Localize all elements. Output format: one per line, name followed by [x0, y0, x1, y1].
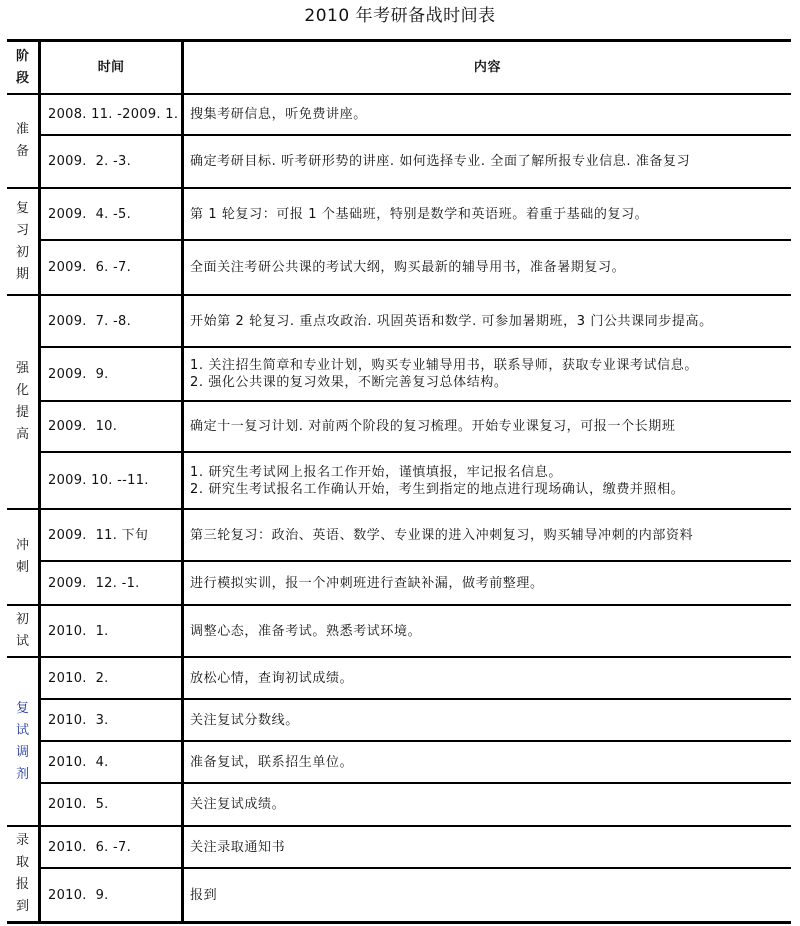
table-header-row: 阶段 时间 内容 [7, 42, 791, 95]
content-lines: 报到 [190, 887, 217, 904]
content-line: 确定十一复习计划. 对前两个阶段的复习梳理。开始专业课复习，可报一个长期班 [190, 418, 675, 435]
content-line: 第三轮复习：政治、英语、数学、专业课的进入冲刺复习，购买辅导冲刺的内部资料 [190, 527, 693, 544]
time-cell: 2010. 1. [41, 606, 184, 656]
stage-group: 复习初期2009. 4. -5.第 1 轮复习：可报 1 个基础班，特别是数学和… [7, 189, 791, 296]
column-header-time: 时间 [41, 42, 184, 93]
content-lines: 开始第 2 轮复习. 重点攻政治. 巩固英语和数学. 可参加暑期班，3 门公共课… [190, 313, 713, 330]
content-cell: 进行模拟实训，报一个冲刺班进行查缺补漏，做考前整理。 [184, 562, 791, 604]
stage-rows: 2008. 11. -2009. 1.搜集考研信息，听免费讲座。2009. 2.… [41, 95, 791, 187]
content-line: 进行模拟实训，报一个冲刺班进行查缺补漏，做考前整理。 [190, 575, 544, 592]
table-row: 2010. 9.报到 [41, 869, 791, 921]
content-lines: 1. 关注招生简章和专业计划，购买专业辅导用书，联系导师，获取专业课考试信息。2… [190, 357, 698, 391]
content-lines: 关注录取通知书 [190, 839, 285, 856]
stage-group: 冲刺2009. 11. 下旬第三轮复习：政治、英语、数学、专业课的进入冲刺复习，… [7, 510, 791, 606]
time-cell: 2010. 5. [41, 784, 184, 825]
content-lines: 确定十一复习计划. 对前两个阶段的复习梳理。开始专业课复习，可报一个长期班 [190, 418, 675, 435]
content-cell: 全面关注考研公共课的考试大纲，购买最新的辅导用书，准备暑期复习。 [184, 241, 791, 294]
content-line: 全面关注考研公共课的考试大纲，购买最新的辅导用书，准备暑期复习。 [190, 259, 625, 276]
column-header-stage-label: 阶段 [16, 46, 30, 90]
content-cell: 调整心态，准备考试。熟悉考试环境。 [184, 606, 791, 656]
stage-label: 初试 [16, 609, 30, 653]
content-cell: 1. 研究生考试网上报名工作开始，谨慎填报，牢记报名信息。2. 研究生考试报名工… [184, 453, 791, 508]
stage-group: 强化提高2009. 7. -8.开始第 2 轮复习. 重点攻政治. 巩固英语和数… [7, 296, 791, 510]
stage-cell: 冲刺 [7, 510, 41, 604]
content-lines: 确定考研目标. 听考研形势的讲座. 如何选择专业. 全面了解所报专业信息. 准备… [190, 153, 690, 170]
content-line: 关注复试成绩。 [190, 796, 285, 813]
content-cell: 关注录取通知书 [184, 827, 791, 867]
time-cell: 2010. 2. [41, 658, 184, 698]
time-cell: 2008. 11. -2009. 1. [41, 95, 184, 134]
content-lines: 搜集考研信息，听免费讲座。 [190, 106, 367, 123]
stage-rows: 2010. 2.放松心情，查询初试成绩。2010. 3.关注复试分数线。2010… [41, 658, 791, 825]
table-row: 2009. 10. --11.1. 研究生考试网上报名工作开始，谨慎填报，牢记报… [41, 453, 791, 508]
time-cell: 2009. 10. [41, 402, 184, 451]
schedule-table: 阶段 时间 内容 准备2008. 11. -2009. 1.搜集考研信息，听免费… [7, 39, 791, 924]
stage-label: 冲刺 [16, 535, 30, 579]
stage-rows: 2009. 7. -8.开始第 2 轮复习. 重点攻政治. 巩固英语和数学. 可… [41, 296, 791, 508]
table-row: 2010. 1.调整心态，准备考试。熟悉考试环境。 [41, 606, 791, 656]
stage-cell: 录取报到 [7, 827, 41, 921]
table-row: 2010. 2.放松心情，查询初试成绩。 [41, 658, 791, 700]
table-body: 准备2008. 11. -2009. 1.搜集考研信息，听免费讲座。2009. … [7, 95, 791, 924]
time-cell: 2009. 9. [41, 348, 184, 400]
content-cell: 搜集考研信息，听免费讲座。 [184, 95, 791, 134]
stage-group: 复试调剂2010. 2.放松心情，查询初试成绩。2010. 3.关注复试分数线。… [7, 658, 791, 827]
content-line: 第 1 轮复习：可报 1 个基础班，特别是数学和英语班。着重于基础的复习。 [190, 206, 648, 223]
stage-label: 强化提高 [16, 358, 30, 446]
column-header-content: 内容 [184, 42, 791, 93]
content-lines: 关注复试成绩。 [190, 796, 285, 813]
stage-cell: 强化提高 [7, 296, 41, 508]
time-cell: 2009. 12. -1. [41, 562, 184, 604]
content-line: 确定考研目标. 听考研形势的讲座. 如何选择专业. 全面了解所报专业信息. 准备… [190, 153, 690, 170]
time-cell: 2009. 10. --11. [41, 453, 184, 508]
time-cell: 2010. 4. [41, 742, 184, 782]
content-line: 报到 [190, 887, 217, 904]
content-lines: 第 1 轮复习：可报 1 个基础班，特别是数学和英语班。着重于基础的复习。 [190, 206, 648, 223]
table-row: 2010. 5.关注复试成绩。 [41, 784, 791, 825]
time-cell: 2009. 4. -5. [41, 189, 184, 239]
stage-cell: 准备 [7, 95, 41, 187]
content-line: 2. 强化公共课的复习效果，不断完善复习总体结构。 [190, 374, 698, 391]
stage-label: 复习初期 [16, 198, 30, 286]
content-cell: 报到 [184, 869, 791, 921]
table-row: 2009. 7. -8.开始第 2 轮复习. 重点攻政治. 巩固英语和数学. 可… [41, 296, 791, 348]
content-cell: 确定考研目标. 听考研形势的讲座. 如何选择专业. 全面了解所报专业信息. 准备… [184, 136, 791, 187]
table-row: 2010. 4.准备复试，联系招生单位。 [41, 742, 791, 784]
content-cell: 1. 关注招生简章和专业计划，购买专业辅导用书，联系导师，获取专业课考试信息。2… [184, 348, 791, 400]
stage-label: 准备 [16, 119, 30, 163]
content-lines: 准备复试，联系招生单位。 [190, 754, 353, 771]
time-cell: 2010. 9. [41, 869, 184, 921]
stage-label: 复试调剂 [16, 698, 30, 786]
content-cell: 关注复试分数线。 [184, 700, 791, 740]
column-header-stage: 阶段 [7, 42, 41, 93]
time-cell: 2010. 3. [41, 700, 184, 740]
stage-group: 准备2008. 11. -2009. 1.搜集考研信息，听免费讲座。2009. … [7, 95, 791, 189]
content-line: 2. 研究生考试报名工作确认开始，考生到指定的地点进行现场确认，缴费并照相。 [190, 481, 684, 498]
content-cell: 开始第 2 轮复习. 重点攻政治. 巩固英语和数学. 可参加暑期班，3 门公共课… [184, 296, 791, 346]
content-lines: 进行模拟实训，报一个冲刺班进行查缺补漏，做考前整理。 [190, 575, 544, 592]
stage-label: 录取报到 [16, 830, 30, 918]
content-lines: 第三轮复习：政治、英语、数学、专业课的进入冲刺复习，购买辅导冲刺的内部资料 [190, 527, 693, 544]
table-row: 2009. 2. -3.确定考研目标. 听考研形势的讲座. 如何选择专业. 全面… [41, 136, 791, 187]
page-title: 2010 年考研备战时间表 [0, 4, 800, 28]
stage-rows: 2009. 11. 下旬第三轮复习：政治、英语、数学、专业课的进入冲刺复习，购买… [41, 510, 791, 604]
content-lines: 放松心情，查询初试成绩。 [190, 670, 353, 687]
table-row: 2009. 6. -7.全面关注考研公共课的考试大纲，购买最新的辅导用书，准备暑… [41, 241, 791, 294]
content-lines: 全面关注考研公共课的考试大纲，购买最新的辅导用书，准备暑期复习。 [190, 259, 625, 276]
stage-group: 初试2010. 1.调整心态，准备考试。熟悉考试环境。 [7, 606, 791, 658]
table-row: 2009. 11. 下旬第三轮复习：政治、英语、数学、专业课的进入冲刺复习，购买… [41, 510, 791, 562]
content-cell: 确定十一复习计划. 对前两个阶段的复习梳理。开始专业课复习，可报一个长期班 [184, 402, 791, 451]
content-line: 搜集考研信息，听免费讲座。 [190, 106, 367, 123]
content-cell: 放松心情，查询初试成绩。 [184, 658, 791, 698]
stage-group: 录取报到2010. 6. -7.关注录取通知书2010. 9.报到 [7, 827, 791, 924]
time-cell: 2009. 11. 下旬 [41, 510, 184, 560]
stage-cell: 初试 [7, 606, 41, 656]
table-row: 2009. 9.1. 关注招生简章和专业计划，购买专业辅导用书，联系导师，获取专… [41, 348, 791, 402]
content-line: 1. 研究生考试网上报名工作开始，谨慎填报，牢记报名信息。 [190, 464, 684, 481]
content-cell: 第三轮复习：政治、英语、数学、专业课的进入冲刺复习，购买辅导冲刺的内部资料 [184, 510, 791, 560]
stage-cell: 复试调剂 [7, 658, 41, 825]
content-line: 调整心态，准备考试。熟悉考试环境。 [190, 623, 421, 640]
table-row: 2009. 10.确定十一复习计划. 对前两个阶段的复习梳理。开始专业课复习，可… [41, 402, 791, 453]
content-cell: 准备复试，联系招生单位。 [184, 742, 791, 782]
content-line: 1. 关注招生简章和专业计划，购买专业辅导用书，联系导师，获取专业课考试信息。 [190, 357, 698, 374]
content-lines: 1. 研究生考试网上报名工作开始，谨慎填报，牢记报名信息。2. 研究生考试报名工… [190, 464, 684, 498]
content-lines: 关注复试分数线。 [190, 712, 299, 729]
time-cell: 2009. 2. -3. [41, 136, 184, 187]
stage-rows: 2010. 6. -7.关注录取通知书2010. 9.报到 [41, 827, 791, 921]
table-row: 2010. 6. -7.关注录取通知书 [41, 827, 791, 869]
content-lines: 调整心态，准备考试。熟悉考试环境。 [190, 623, 421, 640]
table-row: 2009. 4. -5.第 1 轮复习：可报 1 个基础班，特别是数学和英语班。… [41, 189, 791, 241]
stage-rows: 2009. 4. -5.第 1 轮复习：可报 1 个基础班，特别是数学和英语班。… [41, 189, 791, 294]
stage-rows: 2010. 1.调整心态，准备考试。熟悉考试环境。 [41, 606, 791, 656]
content-cell: 第 1 轮复习：可报 1 个基础班，特别是数学和英语班。着重于基础的复习。 [184, 189, 791, 239]
time-cell: 2010. 6. -7. [41, 827, 184, 867]
content-line: 关注录取通知书 [190, 839, 285, 856]
stage-cell: 复习初期 [7, 189, 41, 294]
time-cell: 2009. 6. -7. [41, 241, 184, 294]
table-row: 2009. 12. -1.进行模拟实训，报一个冲刺班进行查缺补漏，做考前整理。 [41, 562, 791, 604]
content-line: 关注复试分数线。 [190, 712, 299, 729]
content-line: 准备复试，联系招生单位。 [190, 754, 353, 771]
content-cell: 关注复试成绩。 [184, 784, 791, 825]
content-line: 开始第 2 轮复习. 重点攻政治. 巩固英语和数学. 可参加暑期班，3 门公共课… [190, 313, 713, 330]
content-line: 放松心情，查询初试成绩。 [190, 670, 353, 687]
time-cell: 2009. 7. -8. [41, 296, 184, 346]
table-row: 2010. 3.关注复试分数线。 [41, 700, 791, 742]
table-row: 2008. 11. -2009. 1.搜集考研信息，听免费讲座。 [41, 95, 791, 136]
